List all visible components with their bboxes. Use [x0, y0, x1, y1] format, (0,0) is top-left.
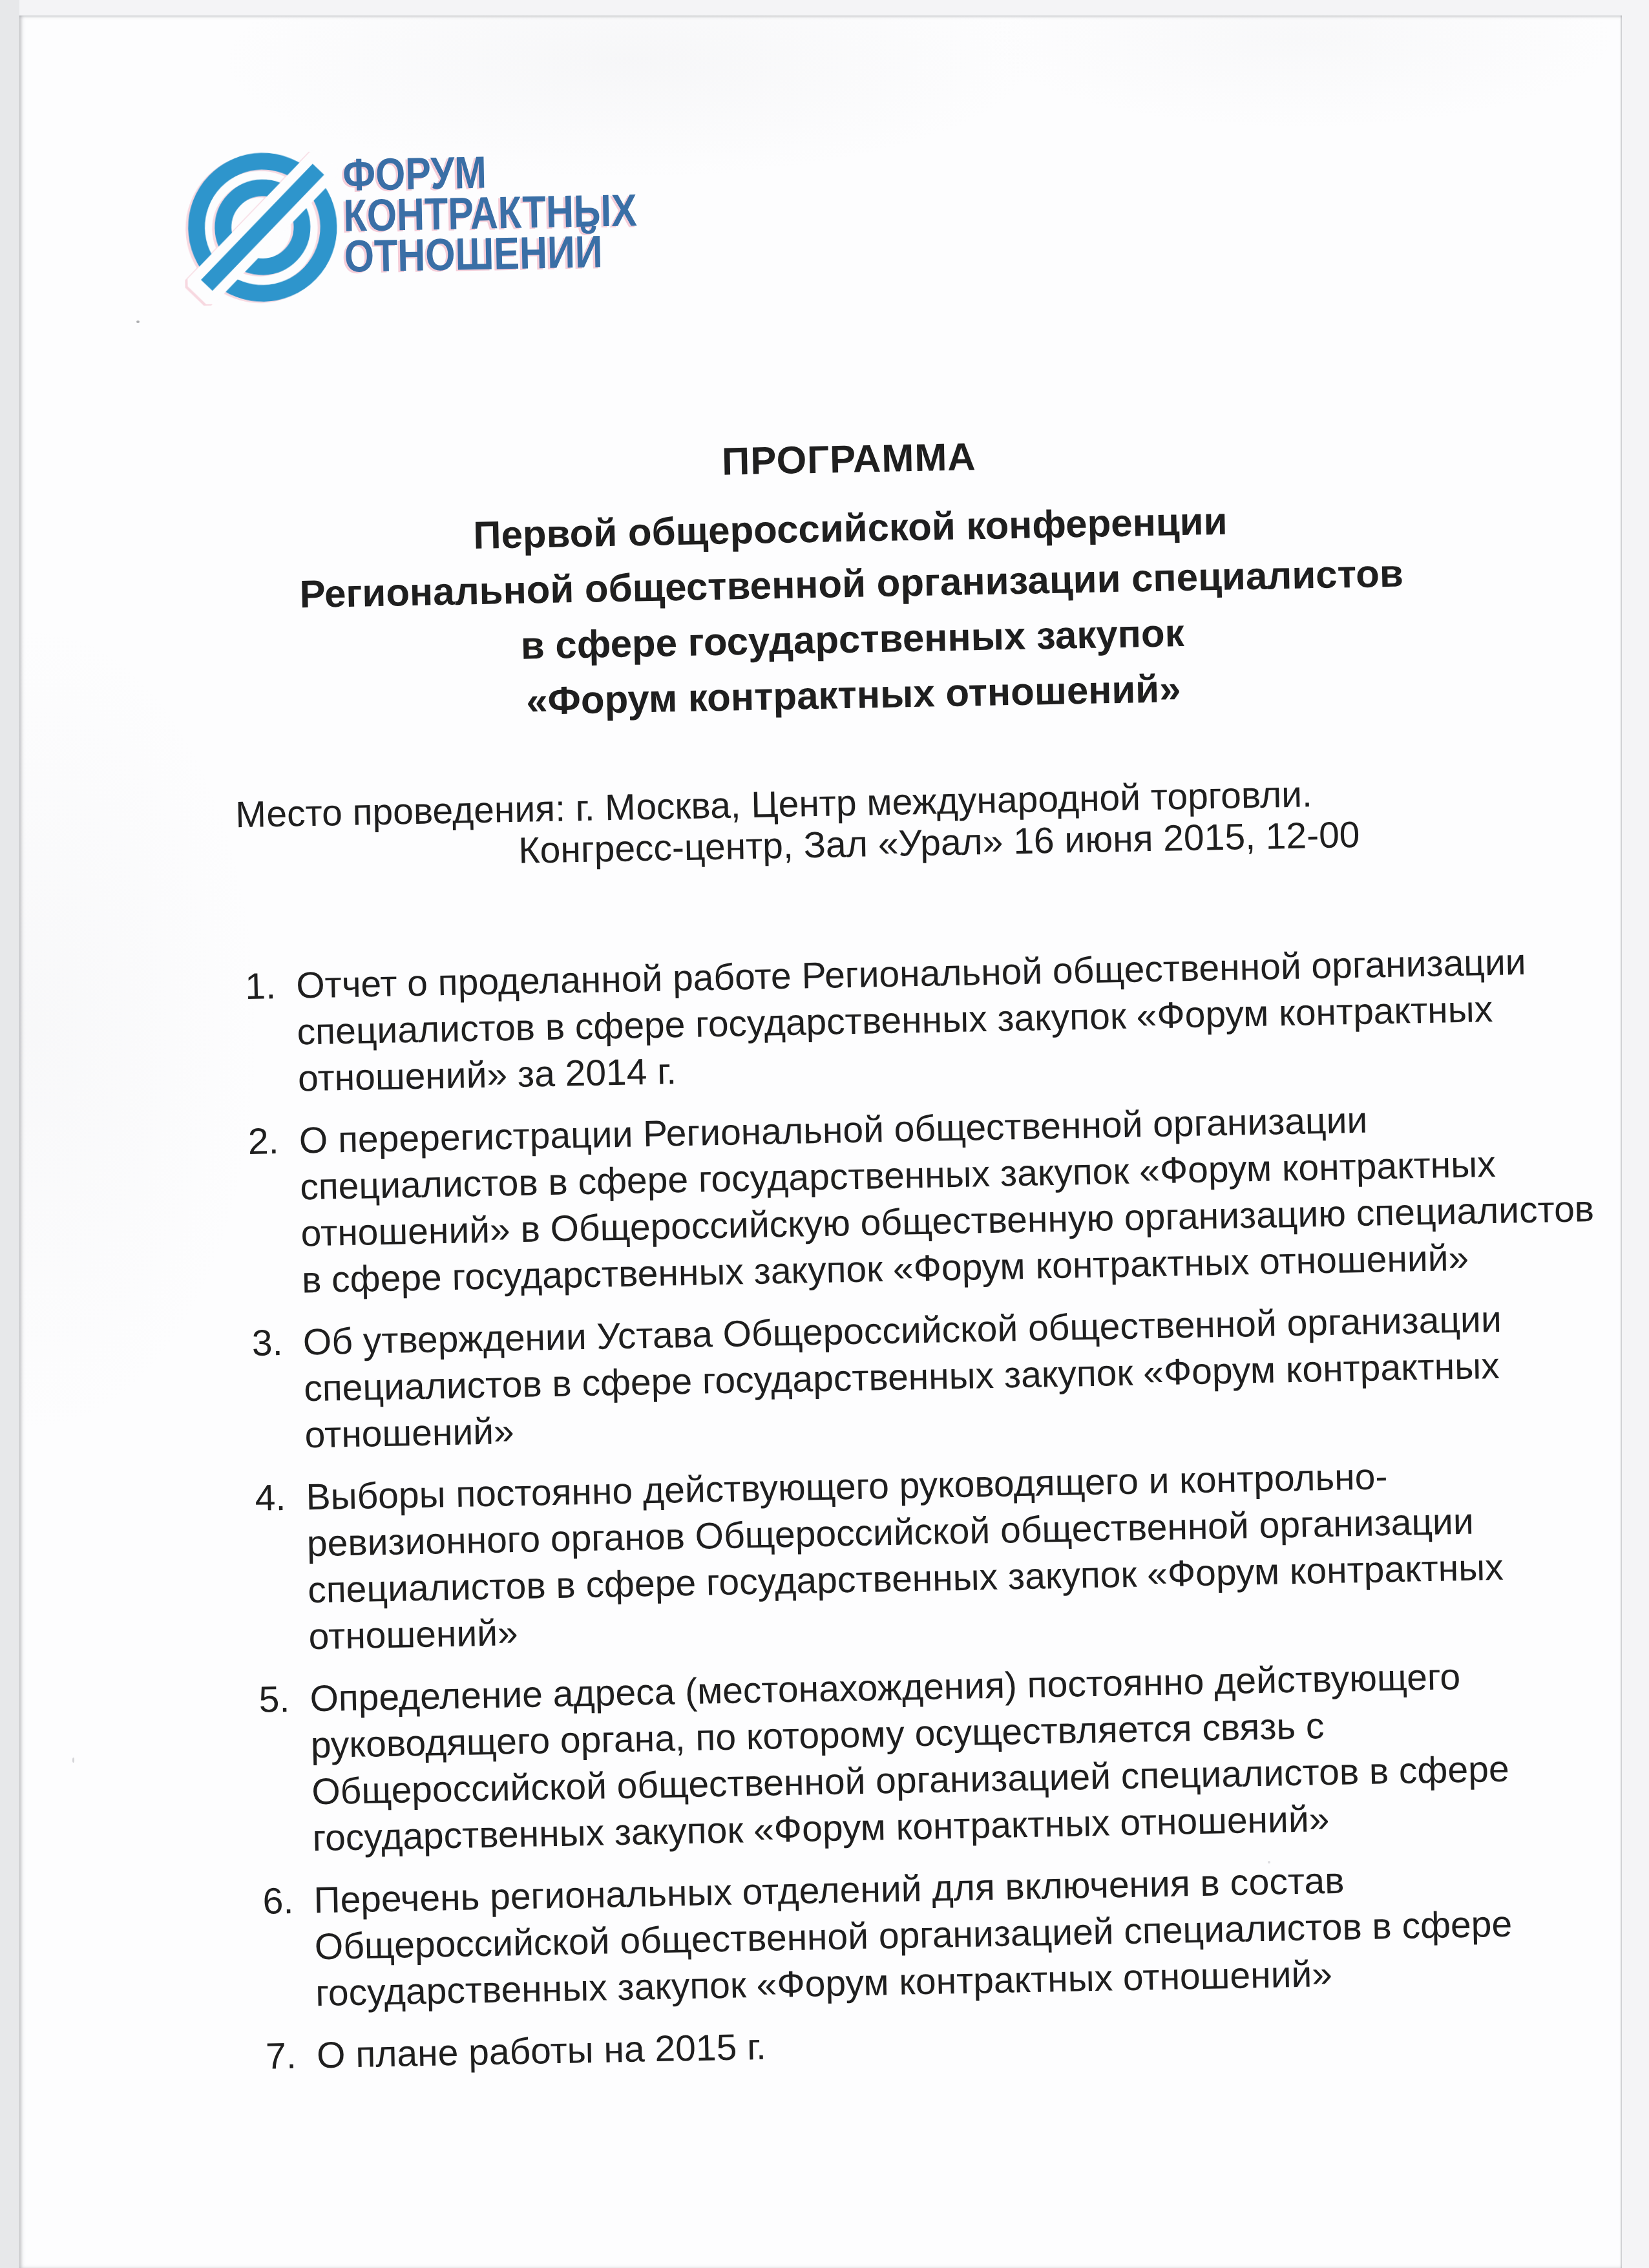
- agenda-list: 1. Отчет о проделанной работе Региональн…: [245, 939, 1552, 2080]
- agenda-item-text: О плане работы на 2015 г.: [316, 2008, 1551, 2079]
- agenda-item-text: Определение адреса (местонахождения) пос…: [310, 1652, 1548, 1862]
- agenda-item-text: О перерегистрации Региональной обществен…: [299, 1093, 1595, 1303]
- agenda-item: 5. Определение адреса (местонахождения) …: [258, 1652, 1548, 1863]
- logo-text-line: ОТНОШЕНИЙ: [344, 229, 729, 277]
- org-logo-text: ФОРУМ КОНТРАКТНЫХ ОТНОШЕНИЙ: [342, 147, 730, 277]
- scanned-page: ФОРУМ КОНТРАКТНЫХ ОТНОШЕНИЙ ПРОГРАММА Пе…: [0, 0, 1649, 2268]
- agenda-item-number: 3.: [251, 1319, 305, 1459]
- agenda-item: 6. Перечень региональных отделений для в…: [262, 1854, 1551, 2018]
- agenda-item: 7. О плане работы на 2015 г.: [265, 2008, 1551, 2079]
- agenda-item-number: 2.: [247, 1117, 302, 1304]
- agenda-item-text: Выборы постоянно действующего руководяще…: [306, 1451, 1544, 1661]
- document-subtitle: Первой общероссийской конференции Регион…: [236, 489, 1467, 735]
- agenda-item: 1. Отчет о проделанной работе Региональн…: [245, 939, 1533, 1103]
- agenda-text-line: О плане работы на 2015 г.: [316, 2008, 1551, 2079]
- agenda-item-text: Перечень региональных отделений для вклю…: [313, 1854, 1551, 2017]
- agenda-item-number: 6.: [262, 1877, 316, 2017]
- forum-logo-icon: [185, 150, 340, 304]
- agenda-item-number: 7.: [265, 2032, 317, 2080]
- page-title: ПРОГРАММА: [235, 425, 1463, 494]
- agenda-item: 4. Выборы постоянно действующего руковод…: [255, 1451, 1544, 1661]
- agenda-item-number: 5.: [258, 1675, 313, 1862]
- agenda-item-number: 1.: [245, 962, 299, 1102]
- agenda-item-number: 4.: [255, 1474, 310, 1661]
- document-content: ФОРУМ КОНТРАКТНЫХ ОТНОШЕНИЙ ПРОГРАММА Пе…: [0, 0, 1649, 2267]
- agenda-item-text: Об утверждении Устава Общероссийской общ…: [302, 1296, 1540, 1459]
- agenda-item: 3. Об утверждении Устава Общероссийской …: [251, 1296, 1540, 1460]
- venue-block: Место проведения: г. Москва, Центр между…: [235, 773, 1360, 877]
- agenda-item: 2. О перерегистрации Региональной общест…: [247, 1094, 1537, 1305]
- agenda-item-text: Отчет о проделанной работе Региональной …: [296, 939, 1533, 1102]
